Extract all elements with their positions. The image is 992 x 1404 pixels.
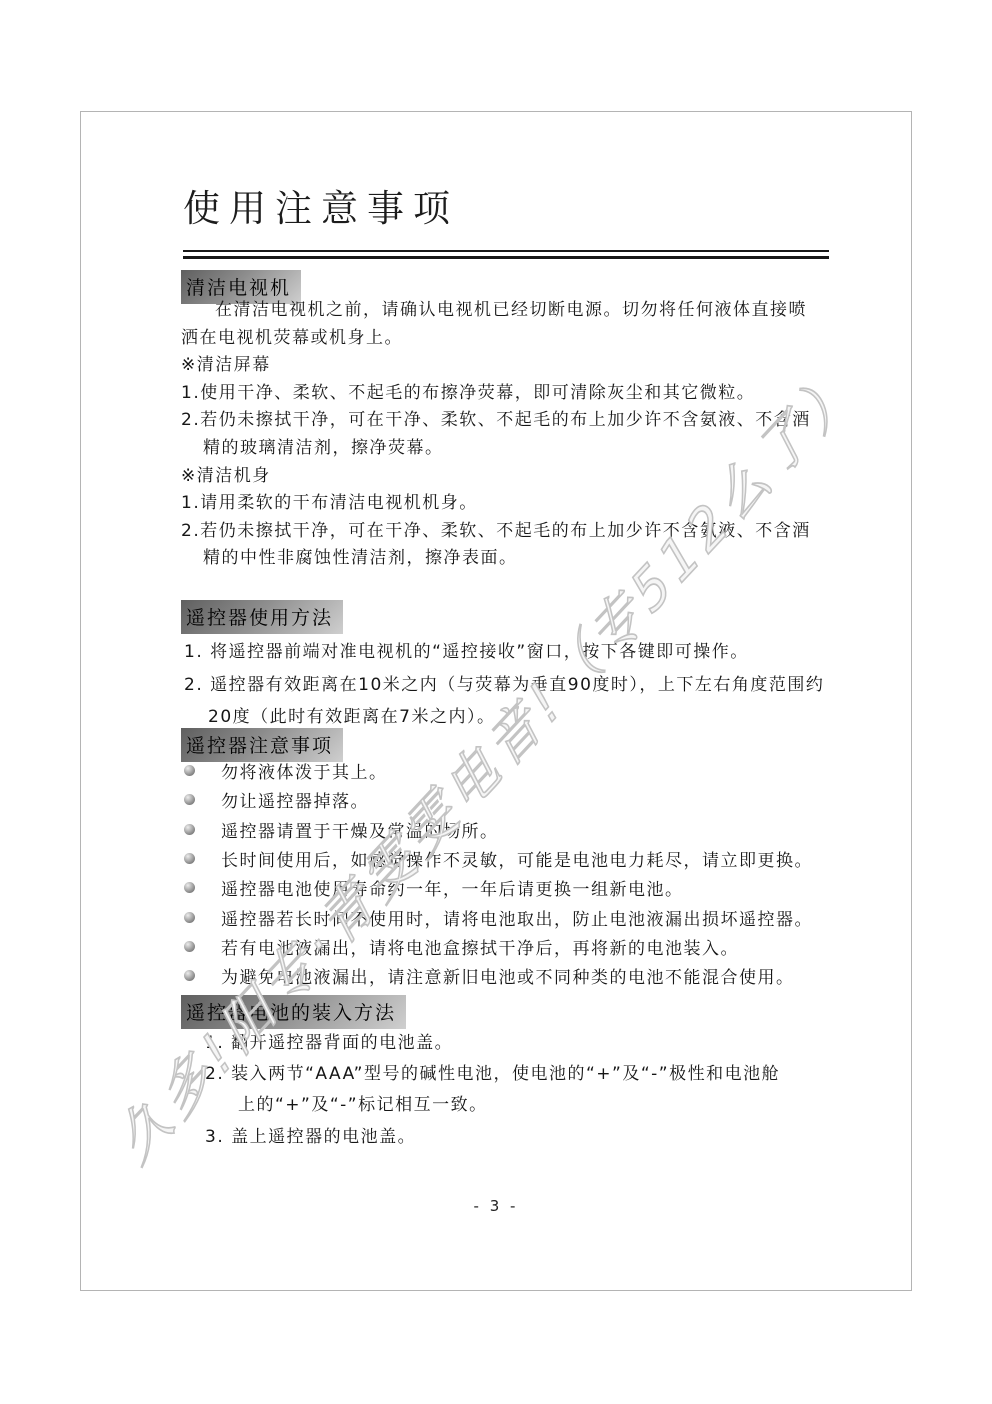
bullet-item: 遥控器请置于干燥及常温的场所。 <box>184 815 884 844</box>
bullet-text: 勿让遥控器掉落。 <box>221 787 369 812</box>
bullet-text: 长时间使用后，如感觉操作不灵敏，可能是电池电力耗尽，请立即更换。 <box>221 846 813 871</box>
section-battery-body: 1. 翻开遥控器背面的电池盖。 2. 装入两节“AAA”型号的碱性电池，使电池的… <box>205 1028 885 1153</box>
clean-body-item2-line1: 2.若仍未擦拭干净，可在干净、柔软、不起毛的布上加少许不含氨液、不含酒 <box>181 518 861 546</box>
battery-item3: 3. 盖上遥控器的电池盖。 <box>205 1122 885 1153</box>
bullet-text: 为避免电池液漏出，请注意新旧电池或不同种类的电池不能混合使用。 <box>221 963 795 988</box>
section-heading-battery-install: 遥控器电池的装入方法 <box>181 995 406 1029</box>
battery-item1: 1. 翻开遥控器背面的电池盖。 <box>205 1028 885 1059</box>
bullet-item: 遥控器电池使用寿命约一年，一年后请更换一组新电池。 <box>184 873 884 902</box>
remote-usage-item1: 1. 将遥控器前端对准电视机的“遥控接收”窗口，按下各键即可操作。 <box>184 636 864 669</box>
battery-item2-line1: 2. 装入两节“AAA”型号的碱性电池，使电池的“+”及“-”极性和电池舱 <box>205 1059 885 1090</box>
clean-body-label: ※清洁机身 <box>181 463 861 491</box>
section-cleaning-body: 在清洁电视机之前，请确认电视机已经切断电源。切勿将任何液体直接喷 洒在电视机荧幕… <box>181 297 861 573</box>
clean-body-item1: 1.请用柔软的干布清洁电视机机身。 <box>181 490 861 518</box>
section-remote-usage-body: 1. 将遥控器前端对准电视机的“遥控接收”窗口，按下各键即可操作。 2. 遥控器… <box>184 636 864 734</box>
cleaning-para-line2: 洒在电视机荧幕或机身上。 <box>181 325 861 353</box>
bullet-item: 遥控器若长时间不使用时，请将电池取出，防止电池液漏出损坏遥控器。 <box>184 902 884 931</box>
sphere-bullet-icon <box>184 882 195 893</box>
clean-screen-label: ※清洁屏幕 <box>181 352 861 380</box>
sphere-bullet-icon <box>184 794 195 805</box>
remote-usage-item2-line1: 2. 遥控器有效距离在10米之内（与荧幕为垂直90度时），上下左右角度范围约 <box>184 669 864 702</box>
cleaning-para-line1: 在清洁电视机之前，请确认电视机已经切断电源。切勿将任何液体直接喷 <box>181 297 861 325</box>
bullet-item: 为避免电池液漏出，请注意新旧电池或不同种类的电池不能混合使用。 <box>184 961 884 990</box>
title-divider-rule <box>183 250 829 259</box>
bullet-item: 长时间使用后，如感觉操作不灵敏，可能是电池电力耗尽，请立即更换。 <box>184 844 884 873</box>
bullet-text: 勿将液体泼于其上。 <box>221 758 388 783</box>
section-heading-remote-usage: 遥控器使用方法 <box>181 600 343 634</box>
sphere-bullet-icon <box>184 765 195 776</box>
bullet-text: 遥控器若长时间不使用时，请将电池取出，防止电池液漏出损坏遥控器。 <box>221 905 813 930</box>
sphere-bullet-icon <box>184 853 195 864</box>
page-sheet: 使用注意事项 清洁电视机 在清洁电视机之前，请确认电视机已经切断电源。切勿将任何… <box>80 111 912 1291</box>
bullet-text: 若有电池液漏出，请将电池盒擦拭干净后，再将新的电池装入。 <box>221 934 739 959</box>
section-remote-notes-body: 勿将液体泼于其上。 勿让遥控器掉落。 遥控器请置于干燥及常温的场所。 长时间使用… <box>184 756 884 990</box>
bullet-text: 遥控器请置于干燥及常温的场所。 <box>221 817 499 842</box>
clean-screen-item2-line1: 2.若仍未擦拭干净，可在干净、柔软、不起毛的布上加少许不含氨液、不含酒 <box>181 407 861 435</box>
page-number: - 3 - <box>81 1197 911 1215</box>
clean-screen-item1: 1.使用干净、柔软、不起毛的布擦净荧幕，即可清除灰尘和其它微粒。 <box>181 380 861 408</box>
page-title: 使用注意事项 <box>183 178 459 232</box>
bullet-text: 遥控器电池使用寿命约一年，一年后请更换一组新电池。 <box>221 875 684 900</box>
bullet-item: 勿让遥控器掉落。 <box>184 785 884 814</box>
bullet-item: 勿将液体泼于其上。 <box>184 756 884 785</box>
battery-item2-line2: 上的“+”及“-”标记相互一致。 <box>205 1090 885 1121</box>
clean-body-item2-line2: 精的中性非腐蚀性清洁剂，擦净表面。 <box>181 545 861 573</box>
clean-screen-item2-line2: 精的玻璃清洁剂，擦净荧幕。 <box>181 435 861 463</box>
sphere-bullet-icon <box>184 970 195 981</box>
sphere-bullet-icon <box>184 824 195 835</box>
sphere-bullet-icon <box>184 912 195 923</box>
sphere-bullet-icon <box>184 941 195 952</box>
bullet-item: 若有电池液漏出，请将电池盒擦拭干净后，再将新的电池装入。 <box>184 932 884 961</box>
